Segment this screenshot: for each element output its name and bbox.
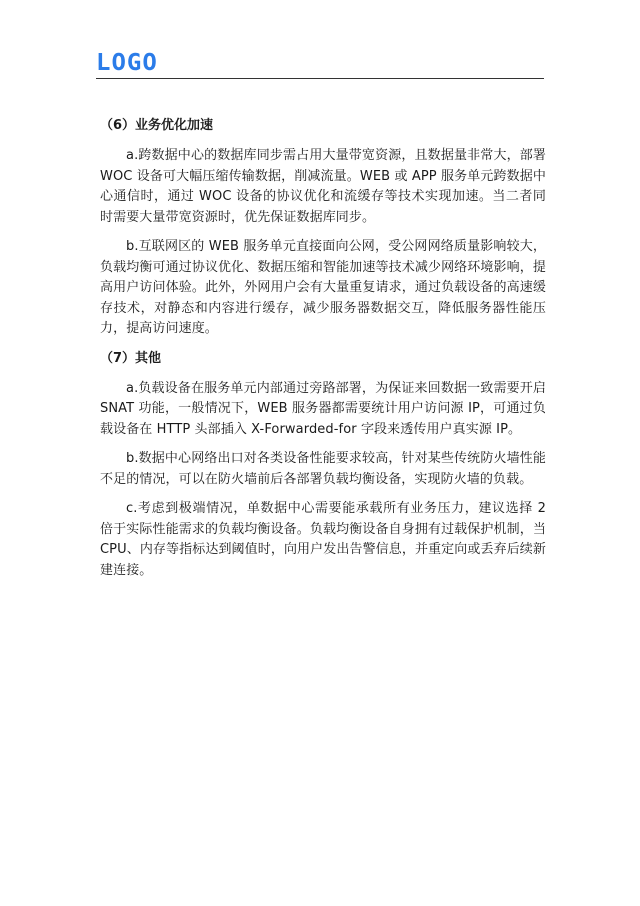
paragraph: a.跨数据中心的数据库同步需占用大量带宽资源，且数据量非常大，部署 WOC 设备… (100, 146, 546, 228)
section-heading: （7）其他 (100, 349, 546, 369)
paragraph: b.互联网区的 WEB 服务单元直接面向公网，受公网网络质量影响较大，负载均衡可… (100, 237, 546, 340)
document-body: （6）业务优化加速 a.跨数据中心的数据库同步需占用大量带宽资源，且数据量非常大… (100, 116, 546, 590)
page-header: LOGO (96, 50, 544, 76)
section-business-optimization: （6）业务优化加速 a.跨数据中心的数据库同步需占用大量带宽资源，且数据量非常大… (100, 116, 546, 340)
logo: LOGO (96, 50, 544, 75)
paragraph: c.考虑到极端情况，单数据中心需要能承载所有业务压力，建议选择 2 倍于实际性能… (100, 499, 546, 581)
section-other: （7）其他 a.负载设备在服务单元内部通过旁路部署，为保证来回数据一致需要开启 … (100, 349, 546, 582)
header-divider (96, 78, 544, 79)
paragraph: b.数据中心网络出口对各类设备性能要求较高，针对某些传统防火墙性能不足的情况，可… (100, 449, 546, 490)
paragraph: a.负载设备在服务单元内部通过旁路部署，为保证来回数据一致需要开启 SNAT 功… (100, 379, 546, 441)
section-heading: （6）业务优化加速 (100, 116, 546, 136)
